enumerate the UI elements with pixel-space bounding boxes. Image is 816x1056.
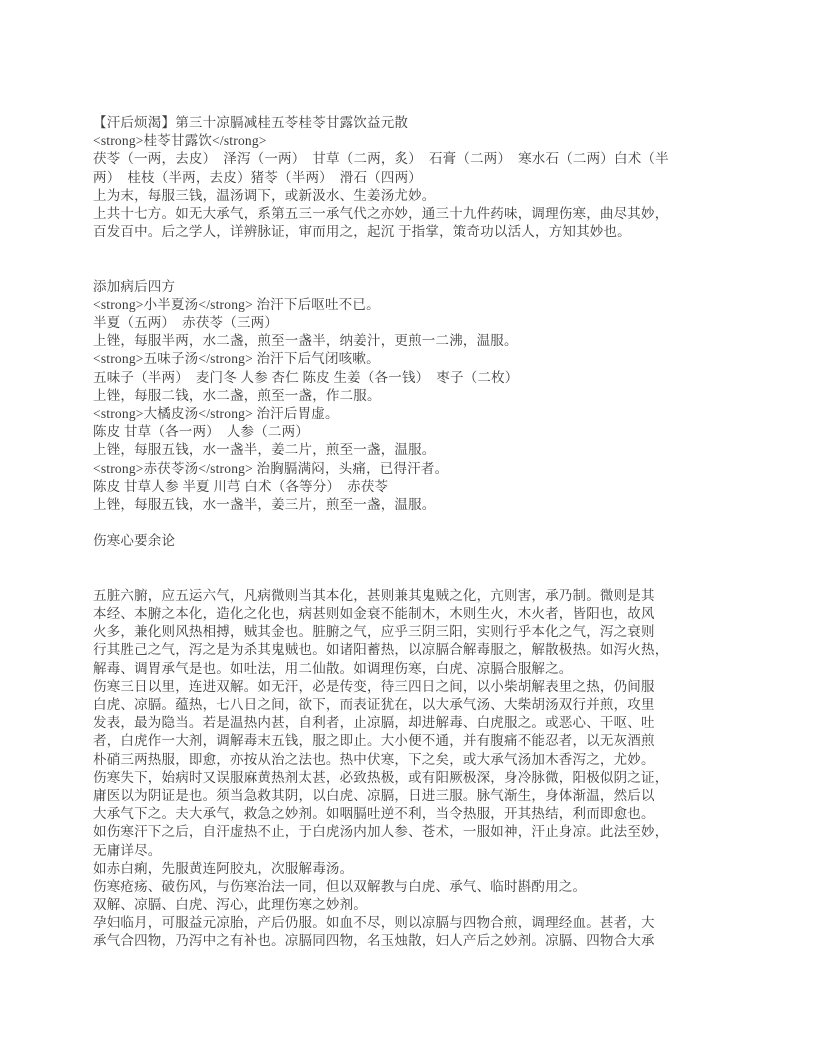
text-line: 茯苓（一两，去皮） 泽泻（一两） 甘草（二两，炙） 石膏（二两） 寒水石（二两）… [93, 150, 753, 168]
text-line: 五味子（半两） 麦门冬 人参 杏仁 陈皮 生姜（各一钱） 枣子（二枚） [93, 369, 753, 387]
text-line: 陈皮 甘草（各一两） 人参（二两） [93, 423, 753, 441]
text-line: 火多，兼化则风热相搏，贼其金也。脏腑之气，应乎三阴三阳，实则行乎本化之气，泻之衰… [93, 623, 753, 641]
document-page: 【汗后烦渴】第三十凉膈减桂五苓桂苓甘露饮益元散<strong>桂苓甘露饮</st… [0, 0, 816, 1056]
text-line: 上共十七方。如无大承气，系第五三一承气代之亦妙，通三十九件药味，调理伤寒，曲尽其… [93, 205, 753, 223]
text-line: 者，白虎作一大剂，调解毒末五钱，服之即止。大小便不通，并有腹痛不能忍者，以无灰酒… [93, 732, 753, 750]
text-line: 伤寒疮疡、破伤风，与伤寒治法一同，但以双解教与白虎、承气、临时斟酌用之。 [93, 878, 753, 896]
text-line: <strong>小半夏汤</strong> 治汗下后呕吐不已。 [93, 296, 753, 314]
text-line: 两） 桂枝（半两，去皮）猪苓（半两） 滑石（四两） [93, 169, 753, 187]
text-line: 大承气下之。夫大承气，救急之妙剂。如咽膈吐逆不利，当令热服，开其热结，利而即愈也… [93, 805, 753, 823]
text-line: <strong>五味子汤</strong> 治汗下后气闭咳嗽。 [93, 350, 753, 368]
text-line: 添加病后四方 [93, 278, 753, 296]
text-line: 发表，最为隐当。若是温热内甚，自利者，止凉膈，却进解毒、白虎服之。或恶心、干呕、… [93, 714, 753, 732]
text-line: 本经、本腑之本化，造化之化也，病甚则如金衰不能制木，木则生火，木火者，皆阳也，故… [93, 605, 753, 623]
text-block: 【汗后烦渴】第三十凉膈减桂五苓桂苓甘露饮益元散<strong>桂苓甘露饮</st… [93, 114, 753, 951]
text-line: 伤寒三日以里，连进双解。如无汗，必是传变，待三四日之间，以小柴胡解表里之热，仍间… [93, 678, 753, 696]
text-line: 解毒、调胃承气是也。如吐法，用二仙散。如调理伤寒，白虎、凉膈合服解之。 [93, 660, 753, 678]
text-line: 上锉，每服五钱，水一盏半，姜三片，煎至一盏，温服。 [93, 496, 753, 514]
text-line: 双解、凉膈、白虎、泻心，此理伤寒之妙剂。 [93, 896, 753, 914]
text-line: 半夏（五两） 赤茯苓（三两） [93, 314, 753, 332]
text-line: <strong>桂苓甘露饮</strong> [93, 132, 753, 150]
section-added-formulas: 添加病后四方<strong>小半夏汤</strong> 治汗下后呕吐不已。半夏（… [93, 278, 753, 514]
essay-title-section: 伤寒心要余论 [93, 532, 753, 550]
text-line: 无庸详尽。 [93, 842, 753, 860]
text-line: 伤寒失下，始病时又误服麻黄热剂太甚，必致热极，或有阳厥极深，身冷脉微，阳极似阴之… [93, 769, 753, 787]
text-line: <strong>赤茯苓汤</strong> 治胸膈满闷，头痛，已得汗者。 [93, 460, 753, 478]
text-line: 朴硝三两热服，即愈，亦按从治之法也。热中伏寒，下之矣，或大承气汤加木香泻之，尤妙… [93, 751, 753, 769]
essay-title: 伤寒心要余论 [93, 532, 753, 550]
text-line: 上锉，每服二钱，水二盏，煎至一盏，作二服。 [93, 387, 753, 405]
text-line: 庸医以为阴证是也。须当急救其阴，以白虎、凉膈，日进三服。脉气渐生，身体渐温，然后… [93, 787, 753, 805]
text-line: 行其胜己之气，泻之是为杀其鬼贼也。如诸阳蓄热，以凉膈合解毒服之，解散极热。如泻火… [93, 641, 753, 659]
text-line: 如赤白痢，先服黄连阿胶丸，次服解毒汤。 [93, 860, 753, 878]
text-line: 五脏六腑，应五运六气，凡病微则当其本化，甚则兼其鬼贼之化，亢则害，承乃制。微则是… [93, 587, 753, 605]
section-sweat-thirst-formula: 【汗后烦渴】第三十凉膈减桂五苓桂苓甘露饮益元散<strong>桂苓甘露饮</st… [93, 114, 753, 241]
text-line: <strong>大橘皮汤</strong> 治汗后胃虚。 [93, 405, 753, 423]
text-line: 上为末，每服三钱，温汤调下，或新汲水、生姜汤尤妙。 [93, 187, 753, 205]
text-line: 承气合四物，乃泻中之有补也。凉膈同四物，名玉烛散，妇人产后之妙剂。凉膈、四物合大… [93, 932, 753, 950]
text-line: 百发百中。后之学人，详辨脉证，审而用之，起沉 于指掌，策奇功以活人，方知其妙也。 [93, 223, 753, 241]
text-line: 【汗后烦渴】第三十凉膈减桂五苓桂苓甘露饮益元散 [93, 114, 753, 132]
text-line: 孕妇临月，可服益元凉胎，产后仍服。如血不尽，则以凉膈与四物合煎，调理经血。甚者，… [93, 914, 753, 932]
text-line: 上锉，每服半两，水二盏，煎至一盏半，纳姜汁，更煎一二沸，温服。 [93, 332, 753, 350]
text-line: 白虎、凉膈。蕴热，七八日之间，欲下，而表证犹在，以大承气汤、大柴胡汤双行并煎，攻… [93, 696, 753, 714]
text-line: 上锉，每服五钱，水一盏半，姜二片，煎至一盏，温服。 [93, 441, 753, 459]
text-line: 如伤寒汗下之后，自汗虚热不止，于白虎汤内加人参、苍术，一服如神，汗止身凉。此法至… [93, 823, 753, 841]
section-essay-body: 五脏六腑，应五运六气，凡病微则当其本化，甚则兼其鬼贼之化，亢则害，承乃制。微则是… [93, 587, 753, 951]
text-line: 陈皮 甘草人参 半夏 川芎 白术（各等分） 赤茯苓 [93, 478, 753, 496]
